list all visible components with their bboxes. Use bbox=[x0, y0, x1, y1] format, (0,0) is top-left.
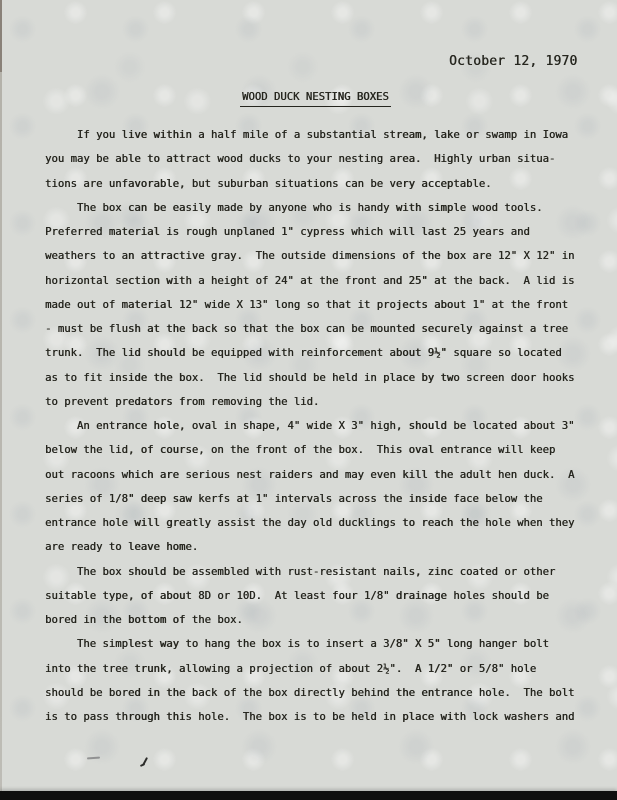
text-line: as to fit inside the box. The lid should… bbox=[45, 366, 590, 390]
document-date: October 12, 1970 bbox=[449, 54, 577, 69]
text-line: made out of material 12" wide X 13" long… bbox=[45, 293, 590, 317]
text-line: series of 1/8" deep saw kerfs at 1" inte… bbox=[45, 487, 590, 511]
text-line: Preferred material is rough unplaned 1" … bbox=[45, 220, 590, 244]
document-title: WOOD DUCK NESTING BOXES bbox=[240, 91, 391, 107]
text-line: into the tree trunk, allowing a projecti… bbox=[45, 657, 590, 681]
scan-edge-bottom-bar bbox=[0, 791, 617, 800]
text-line: An entrance hole, oval in shape, 4" wide… bbox=[45, 414, 590, 438]
text-line: to prevent predators from removing the l… bbox=[45, 390, 590, 414]
text-line: out racoons which are serious nest raide… bbox=[45, 463, 590, 487]
text-line: suitable type, of about 8D or 10D. At le… bbox=[45, 584, 590, 608]
text-line: bored in the bottom of the box. bbox=[45, 608, 590, 632]
text-line: trunk. The lid should be equipped with r… bbox=[45, 341, 590, 365]
stray-pencil-dash-mark bbox=[87, 757, 100, 759]
text-line: The simplest way to hang the box is to i… bbox=[45, 632, 590, 656]
text-line: should be bored in the back of the box d… bbox=[45, 681, 590, 705]
document-body: If you live within a half mile of a subs… bbox=[45, 123, 590, 729]
text-line: weathers to an attractive gray. The outs… bbox=[45, 244, 590, 268]
stray-pen-tick-mark bbox=[140, 757, 150, 768]
pen-tick-foot bbox=[140, 763, 145, 767]
text-line: - must be flush at the back so that the … bbox=[45, 317, 590, 341]
text-line: If you live within a half mile of a subs… bbox=[45, 123, 590, 147]
scan-edge-left-artifact bbox=[0, 0, 2, 800]
text-line: The box can be easily made by anyone who… bbox=[45, 196, 590, 220]
text-line: are ready to leave home. bbox=[45, 535, 590, 559]
text-line: entrance hole will greatly assist the da… bbox=[45, 511, 590, 535]
text-line: tions are unfavorable, but suburban situ… bbox=[45, 172, 590, 196]
scanned-document-page: October 12, 1970 WOOD DUCK NESTING BOXES… bbox=[0, 0, 617, 800]
text-line: you may be able to attract wood ducks to… bbox=[45, 147, 590, 171]
text-line: The box should be assembled with rust-re… bbox=[45, 560, 590, 584]
text-line: below the lid, of course, on the front o… bbox=[45, 438, 590, 462]
text-line: horizontal section with a height of 24" … bbox=[45, 269, 590, 293]
text-line: is to pass through this hole. The box is… bbox=[45, 705, 590, 729]
